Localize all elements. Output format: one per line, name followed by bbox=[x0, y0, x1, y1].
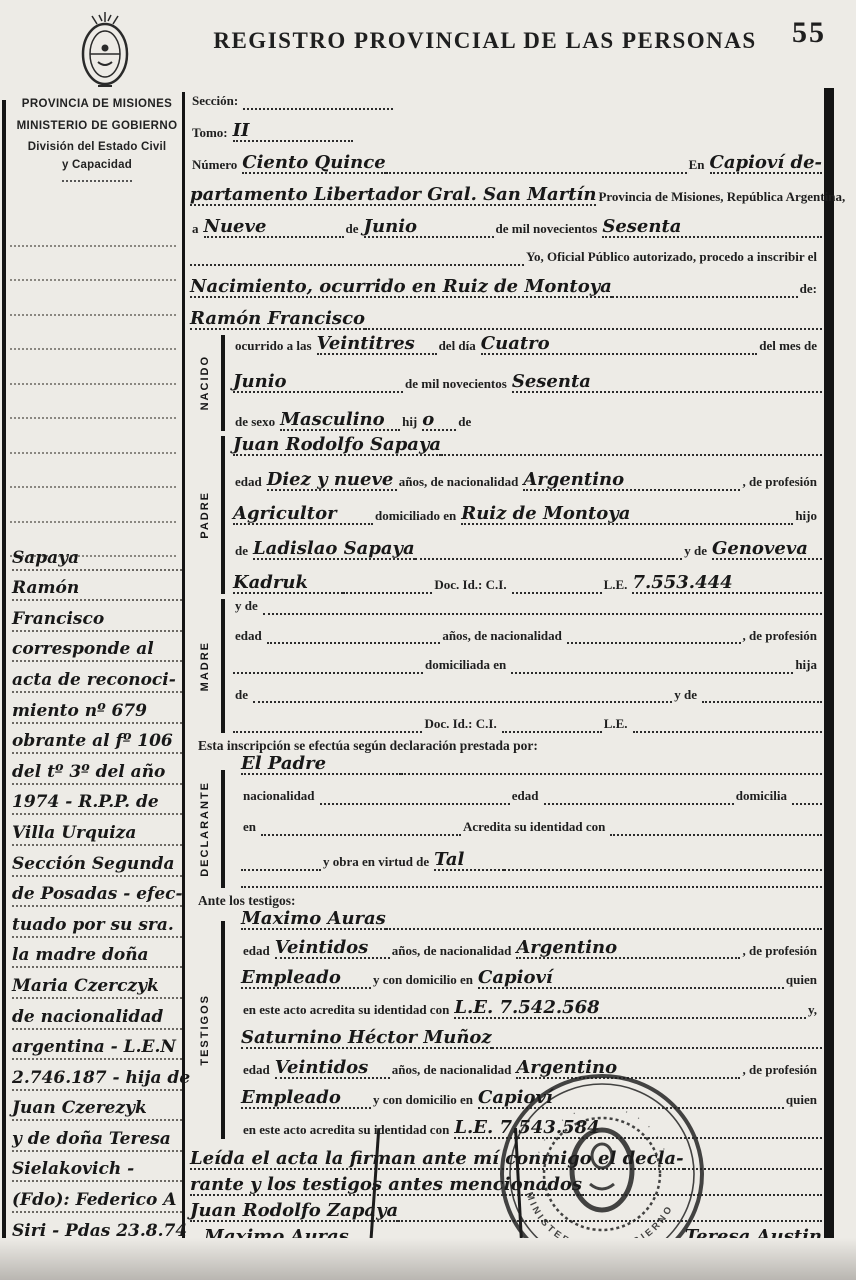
margin-note-line: Francisco bbox=[12, 611, 104, 630]
padre-nacionalidad-value: Argentino bbox=[523, 471, 740, 491]
margin-note-line: Sielakovich - bbox=[12, 1161, 134, 1180]
declarante-domicilia-label: domicilia bbox=[734, 789, 792, 805]
lugar-value: Capioví de- bbox=[710, 154, 823, 174]
left-border-line bbox=[2, 100, 6, 1242]
mes-value: Junio bbox=[364, 218, 494, 238]
inscripto-nombre-value: Ramón Francisco bbox=[190, 310, 365, 330]
svg-text:· · · · · · · · · · · · · ·: · · · · · · · · · · · · · · bbox=[535, 1103, 673, 1168]
margin-note-line: 2.746.187 - hija de bbox=[12, 1070, 190, 1089]
nacido-section-label: NACIDO bbox=[199, 355, 211, 410]
en-label: En bbox=[687, 158, 710, 174]
departamento-value: partamento Libertador Gral. San Martín bbox=[190, 186, 596, 206]
margin-note-line: acta de reconoci- bbox=[12, 672, 176, 691]
testigo1-nombre-value: Maximo Auras bbox=[241, 910, 386, 930]
testigo1-id-label: en este acto acredita su identidad con bbox=[241, 1003, 454, 1019]
testigo1-y-label: y, bbox=[806, 1003, 822, 1019]
letterhead-ministry: MINISTERIO DE GOBIERNO bbox=[14, 116, 180, 138]
margin-note-line: Villa Urquiza bbox=[12, 825, 136, 844]
declarante-virtud-value: Tal bbox=[434, 851, 504, 871]
mil-novecientos-label: de mil novecientos bbox=[494, 222, 603, 238]
abuela-apellido-value: Kadruk bbox=[233, 574, 343, 594]
madre-ci-blank bbox=[502, 731, 602, 733]
margin-note-line: Sección Segunda bbox=[12, 856, 174, 875]
margin-signature-hess: Hess bbox=[12, 1253, 58, 1272]
testigos-section-label: TESTIGOS bbox=[199, 994, 211, 1066]
testigo1-prof-label: , de profesión bbox=[740, 944, 822, 960]
page-number: 55 bbox=[792, 16, 826, 50]
declarante-section-label: DECLARANTE bbox=[199, 781, 211, 877]
oficial-publico-label: Yo, Oficial Público autorizado, procedo … bbox=[524, 250, 822, 266]
padre-section-label: PADRE bbox=[199, 491, 211, 539]
numero-label: Número bbox=[190, 158, 242, 174]
seccion-label: Sección: bbox=[190, 94, 243, 110]
section-madre: MADRE y de edadaños, de nacionalidad, de… bbox=[188, 599, 822, 733]
page-title: REGISTRO PROVINCIAL DE LAS PERSONAS bbox=[190, 28, 780, 54]
margin-note-line: 1974 - R.P.P. de bbox=[12, 794, 159, 813]
madre-doc-label: Doc. Id.: C.I. bbox=[422, 717, 501, 733]
mil-nac-label: de mil novecientos bbox=[403, 377, 512, 393]
testigo1-edad-value: Veintidos bbox=[275, 939, 390, 959]
numero-value: Ciento Quince bbox=[242, 154, 385, 174]
padre-nombre-value: Juan Rodolfo Sapaya bbox=[233, 436, 441, 456]
margin-note-line: obrante al fº 106 bbox=[12, 733, 173, 752]
testigo2-nombre-value: Saturnino Héctor Muñoz bbox=[241, 1029, 492, 1049]
coat-of-arms-logo bbox=[68, 6, 142, 96]
margin-note-line: Maria Czerczyk bbox=[12, 978, 159, 997]
official-stamp: MINISTERIO DE GOBIERNO · · · · · · · · ·… bbox=[494, 1068, 710, 1280]
margin-note-line: tuado por su sra. bbox=[12, 917, 174, 936]
margin-note-line: y de doña Teresa bbox=[12, 1131, 171, 1150]
declarante-blank bbox=[241, 869, 321, 871]
testigo1-nac-value: Argentino bbox=[516, 939, 740, 959]
abuela-value: Genoveva bbox=[712, 540, 822, 560]
section-declarante: DECLARANTE Esta inscripción se efectúa s… bbox=[188, 738, 822, 888]
madre-profesion-label: , de profesión bbox=[741, 629, 823, 645]
letterhead-province: PROVINCIA DE MISIONES bbox=[14, 94, 180, 116]
testigo1-edad-label: edad bbox=[241, 944, 275, 960]
padre-nacionalidad-label: años, de nacionalidad bbox=[397, 475, 524, 491]
declarante-nacionalidad-label: nacionalidad bbox=[241, 789, 320, 805]
testigo2-id-label: en este acto acredita su identidad con bbox=[241, 1123, 454, 1139]
margin-ruled-lines bbox=[10, 212, 176, 557]
madre-edad-label: edad bbox=[233, 629, 267, 645]
padre-hijo-label: hijo bbox=[793, 509, 822, 525]
margin-note-line: corresponde al bbox=[12, 641, 154, 660]
padre-doc-label: Doc. Id.: C.I. bbox=[432, 578, 511, 594]
stamp-arc-dots: · · · · · · · · · · · · · · bbox=[535, 1103, 673, 1168]
mes-label: del mes de bbox=[757, 339, 822, 355]
hijo-value: o bbox=[422, 411, 456, 431]
hora-value: Veintitres bbox=[317, 335, 437, 355]
testigo2-quien-label: quien bbox=[784, 1093, 822, 1109]
a-label: a bbox=[190, 222, 204, 238]
dia-value: Nueve bbox=[204, 218, 344, 238]
section-nacido: NACIDO ocurrido a lasVeintitresdel díaCu… bbox=[188, 335, 822, 431]
letterhead-division2: y Capacidad bbox=[14, 156, 180, 174]
signature-flourish bbox=[60, 1250, 164, 1272]
hecho-value: Nacimiento, ocurrido en Ruiz de Montoya bbox=[190, 278, 612, 298]
testigo2-prof-value: Empleado bbox=[241, 1089, 371, 1109]
declarante-virtud-label: y obra en virtud de bbox=[321, 855, 434, 871]
tomo-value: II bbox=[233, 122, 353, 142]
margin-note-line: (Fdo): Federico A bbox=[12, 1192, 176, 1211]
hijo-label: hij bbox=[400, 415, 422, 431]
testigo1-id-value: L.E. 7.542.568 bbox=[454, 999, 599, 1019]
padre-domicilio-label: domiciliado en bbox=[373, 509, 461, 525]
provincia-label: Provincia de Misiones, República Argenti… bbox=[596, 190, 850, 206]
padre-domicilio-value: Ruiz de Montoya bbox=[461, 505, 793, 525]
declarante-quien-value: El Padre bbox=[241, 755, 401, 775]
padre-ci-blank bbox=[512, 592, 602, 594]
madre-le-label: L.E. bbox=[602, 717, 633, 733]
margin-note-line: de nacionalidad bbox=[12, 1009, 163, 1028]
letterhead-rule bbox=[62, 180, 132, 182]
abuelo-value: Ladislao Sapaya bbox=[253, 540, 415, 560]
tomo-label: Tomo: bbox=[190, 126, 233, 142]
madre-nacionalidad-label: años, de nacionalidad bbox=[440, 629, 567, 645]
section-padre: PADRE Juan Rodolfo Sapaya edadDiez y nue… bbox=[188, 436, 822, 594]
testigo2-dom-label: y con domicilio en bbox=[371, 1093, 478, 1109]
padre-le-value: 7.553.444 bbox=[632, 574, 822, 594]
margin-note-line: la madre doña bbox=[12, 947, 149, 966]
madre-y-de2-label: y de bbox=[672, 688, 702, 704]
testigo2-prof-label: , de profesión bbox=[740, 1063, 822, 1079]
de-label: de bbox=[344, 222, 364, 238]
madre-hija-label: hija bbox=[793, 658, 822, 674]
firma-testigo1: Maximo Auras bbox=[204, 1228, 349, 1248]
padre-de-label: de bbox=[233, 544, 253, 560]
dia-nac-value: Cuatro bbox=[481, 335, 757, 355]
anio-nac-value: Sesenta bbox=[512, 373, 822, 393]
margin-note-line: argentina - L.E.N bbox=[12, 1039, 176, 1058]
margin-note-line: miento nº 679 bbox=[12, 703, 147, 722]
letterhead: PROVINCIA DE MISIONES MINISTERIO DE GOBI… bbox=[14, 94, 180, 182]
anio-value: Sesenta bbox=[602, 218, 822, 238]
padre-edad-label: edad bbox=[233, 475, 267, 491]
madre-y-de-label: y de bbox=[233, 599, 263, 615]
padre-profesion-value: Agricultor bbox=[233, 505, 373, 525]
padre-le-label: L.E. bbox=[602, 578, 633, 594]
declarante-domicilia-blank bbox=[792, 803, 822, 805]
dia-label: del día bbox=[437, 339, 481, 355]
testigo1-dom-value: Capioví bbox=[478, 969, 784, 989]
testigo1-prof-value: Empleado bbox=[241, 969, 371, 989]
padre-edad-value: Diez y nueve bbox=[267, 471, 397, 491]
scanned-birth-certificate: REGISTRO PROVINCIAL DE LAS PERSONAS 55 P… bbox=[0, 0, 856, 1280]
firma-declarante: Juan Rodolfo Zapaya bbox=[190, 1202, 398, 1222]
hora-label: ocurrido a las bbox=[233, 339, 317, 355]
margin-note-line: del tº 3º del año bbox=[12, 764, 165, 783]
sexo-label: de sexo bbox=[233, 415, 280, 431]
margin-annotation: Sapaya Ramón Francisco corresponde al ac… bbox=[12, 540, 182, 1274]
madre-de-label: de bbox=[233, 688, 253, 704]
testigo1-dom-label: y con domicilio en bbox=[371, 973, 478, 989]
firma-testigo2: Saturnino Hector Muñoz bbox=[190, 1254, 441, 1274]
margin-note-line: Sapaya bbox=[12, 550, 79, 569]
mes-nac-value: Junio bbox=[233, 373, 403, 393]
seccion-value-blank bbox=[243, 108, 393, 110]
testigo2-edad-value: Veintidos bbox=[275, 1059, 390, 1079]
declarante-edad-label: edad bbox=[510, 789, 544, 805]
testigo2-edad-label: edad bbox=[241, 1063, 275, 1079]
hijo-de-label: de bbox=[456, 415, 476, 431]
margin-note-line: Juan Czerezyk bbox=[12, 1100, 147, 1119]
madre-section-label: MADRE bbox=[199, 641, 211, 691]
sexo-value: Masculino bbox=[280, 411, 400, 431]
testigo1-nac-label: años, de nacionalidad bbox=[390, 944, 517, 960]
de-colon-label: de: bbox=[798, 282, 822, 298]
madre-domicilio-label: domiciliada en bbox=[423, 658, 511, 674]
margin-note-line: de Posadas - efec- bbox=[12, 886, 183, 905]
padre-profesion-label: , de profesión bbox=[740, 475, 822, 491]
testigo1-quien-label: quien bbox=[784, 973, 822, 989]
padre-y-de-label: y de bbox=[682, 544, 712, 560]
right-border-bar bbox=[824, 88, 834, 1254]
declarante-en-label: en bbox=[241, 820, 261, 836]
madre-abuela-blank bbox=[702, 701, 822, 703]
letterhead-division: División del Estado Civil bbox=[14, 138, 180, 156]
margin-note-line: Ramón bbox=[12, 580, 79, 599]
section-encabezado: Sección: Tomo:II NúmeroCiento QuinceEnCa… bbox=[188, 94, 822, 330]
declarante-acredita-label: Acredita su identidad con bbox=[461, 820, 610, 836]
margin-note-line: Siri - Pdas 23.8.74 bbox=[12, 1223, 187, 1242]
